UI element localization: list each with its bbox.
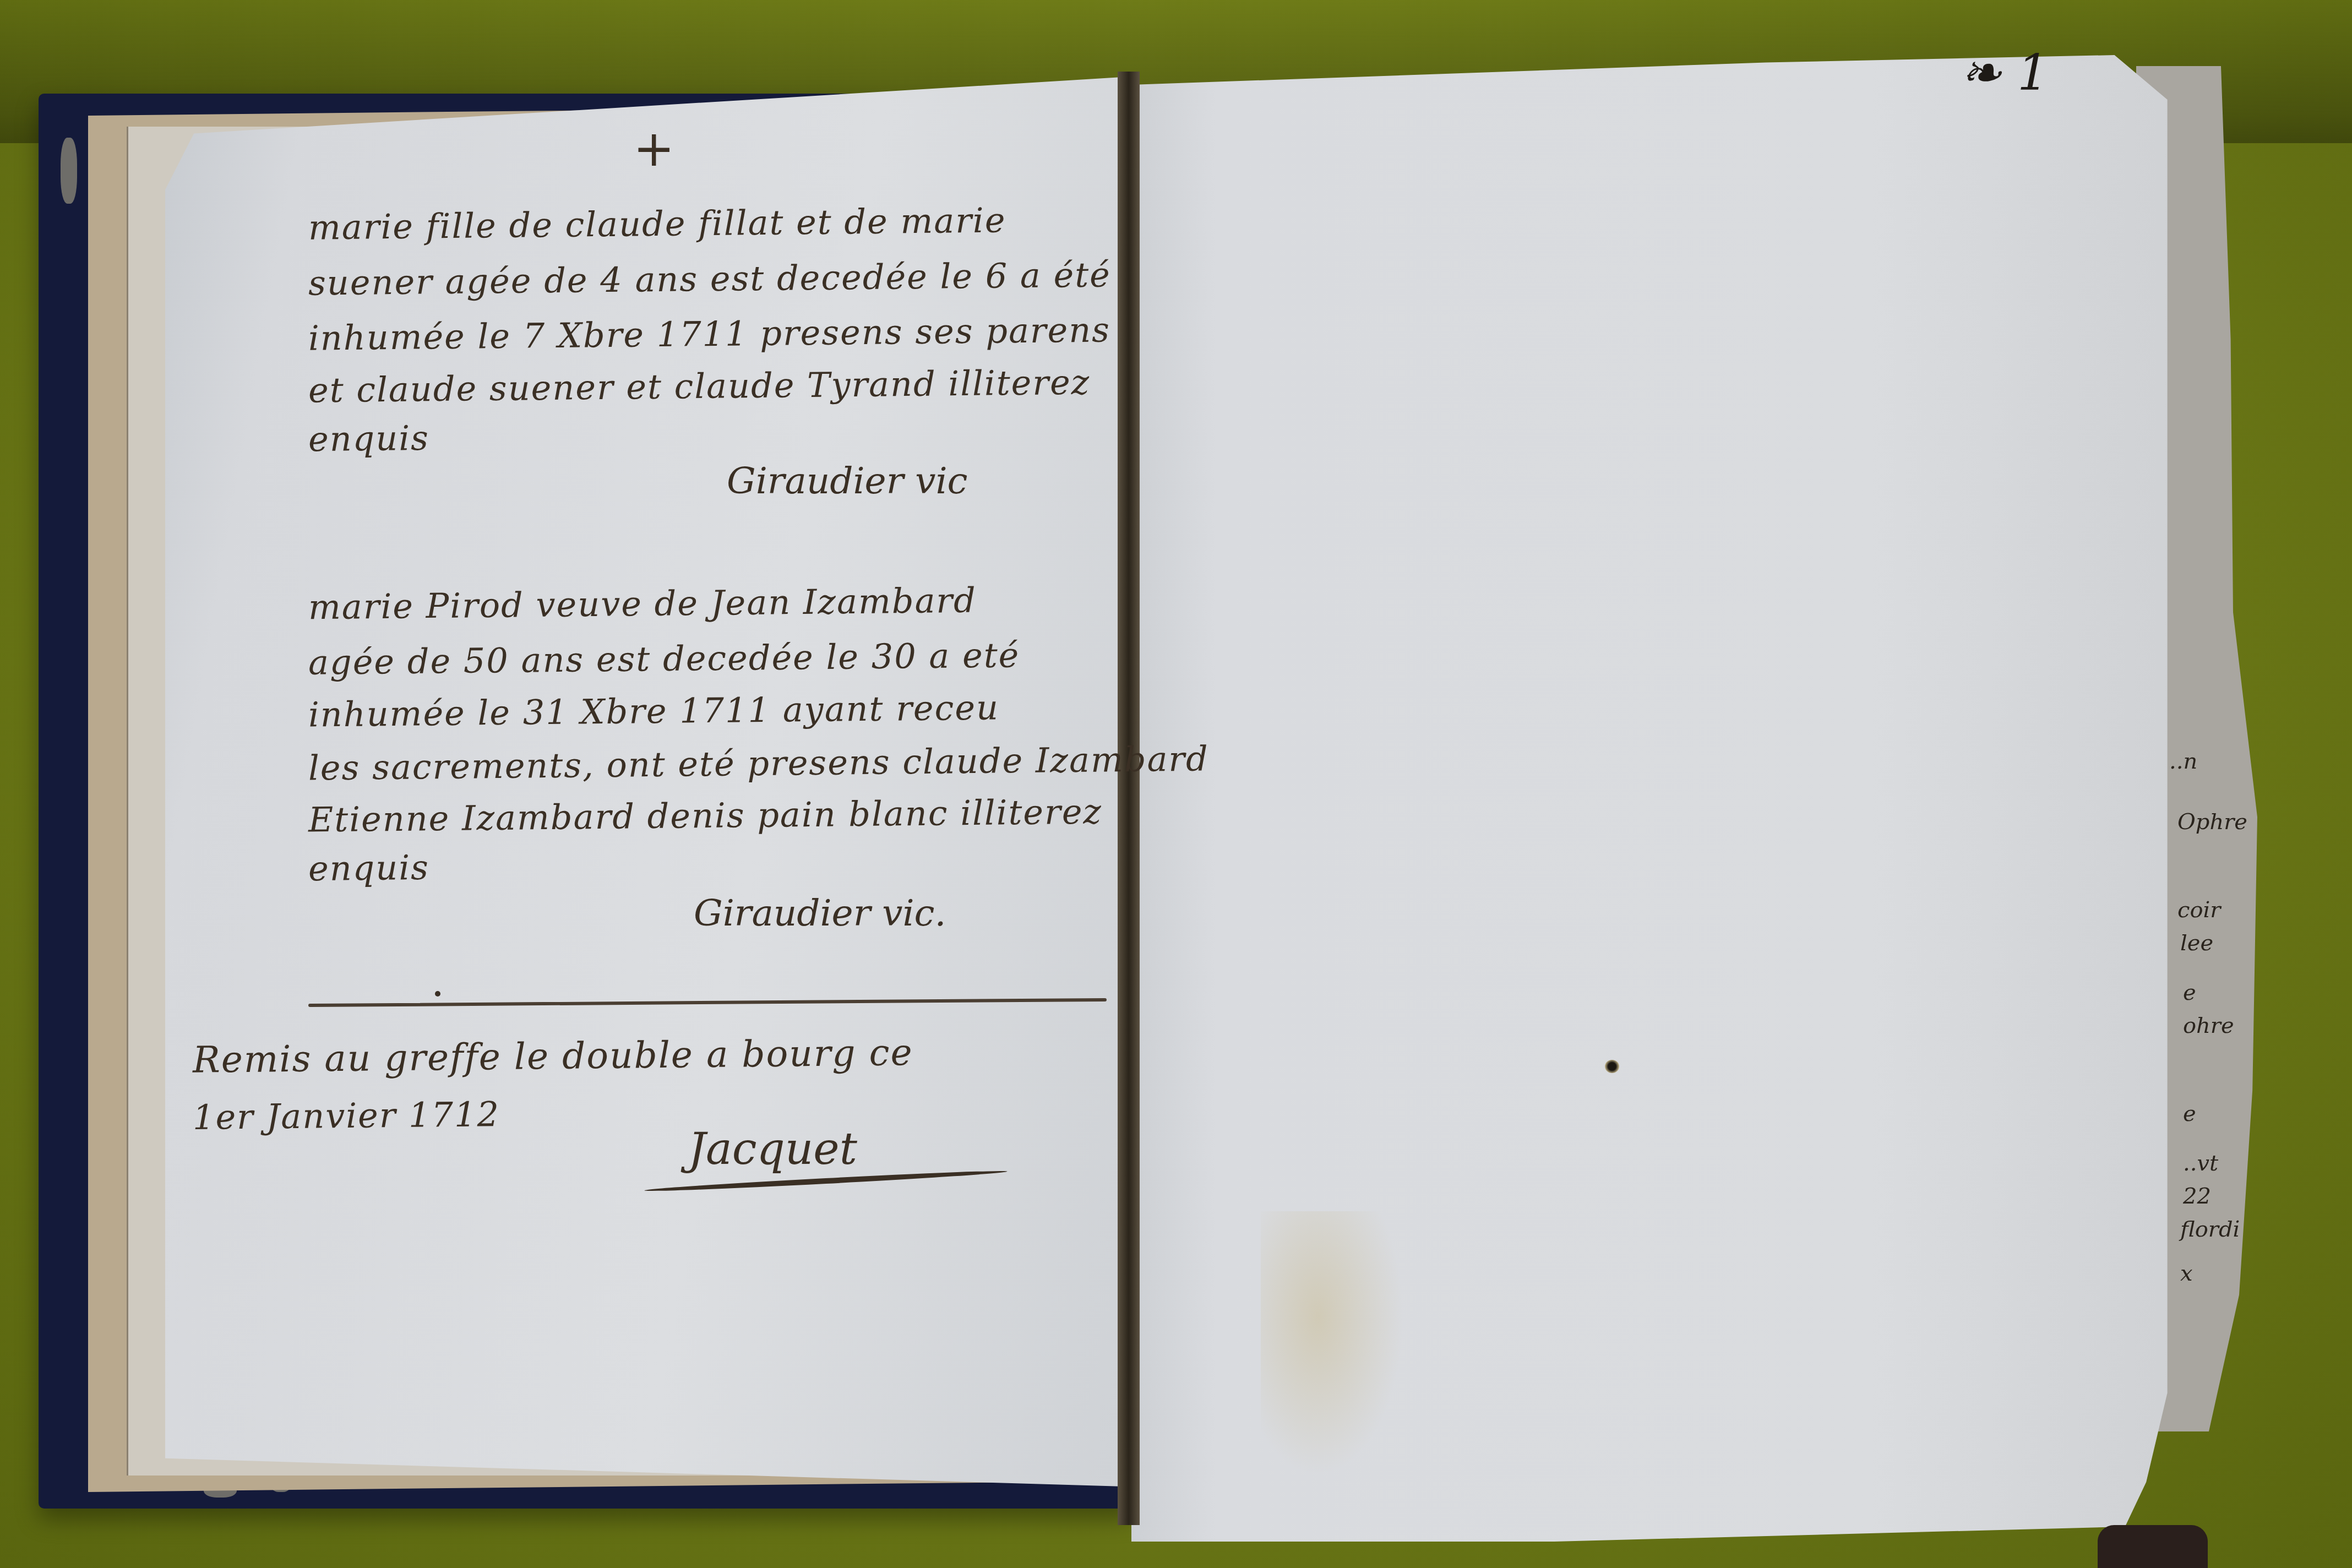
entry-2-line: Etienne Izambard denis pain blanc illite… [308, 791, 1103, 840]
folio-number: ❧ 1 [1960, 44, 2049, 102]
edge-fragment: 22 [2183, 1184, 2211, 1209]
entry-1-line: inhumée le 7 Xbre 1711 presens ses paren… [308, 309, 1111, 358]
folio-number-text: 1 [2017, 44, 2049, 102]
entry-1-line: marie fille de claude fillat et de marie [308, 200, 1006, 247]
edge-fragment: Ophre [2177, 809, 2247, 835]
water-stain [1261, 1211, 1404, 1476]
closing-note-line: 1er Janvier 1712 [193, 1094, 500, 1137]
entry-1-line: enquis [308, 418, 430, 459]
entry-2-line: marie Pirod veuve de Jean Izambard [308, 580, 977, 628]
closing-note-line: Remis au greffe le double a bourg ce [193, 1031, 913, 1081]
edge-fragment: ..n [2169, 749, 2197, 774]
entry-2-signature: Giraudier vic. [694, 892, 946, 934]
paraph-icon: ❧ [1960, 44, 2001, 102]
entry-2-line: agée de 50 ans est decedée le 30 a eté [308, 635, 1020, 683]
edge-fragment: coir [2177, 897, 2220, 923]
worm-hole [1605, 1060, 1619, 1073]
object-at-edge [2098, 1525, 2208, 1568]
edge-fragment: e [2183, 1101, 2196, 1126]
cross-mark: + [633, 120, 674, 178]
entry-2-line: inhumée le 31 Xbre 1711 ayant receu [308, 687, 1000, 734]
book-gutter [1118, 72, 1140, 1525]
entry-1-signature: Giraudier vic [727, 460, 968, 502]
binding-wear [61, 138, 77, 204]
edge-fragment: e [2183, 980, 2196, 1005]
entry-1-line: suener agée de 4 ans est decedée le 6 a … [308, 254, 1112, 303]
entry-1-line: et claude suener et claude Tyrand illite… [308, 362, 1091, 411]
edge-fragment: flordi [2180, 1217, 2240, 1242]
edge-fragment: lee [2180, 930, 2213, 956]
edge-fragment: x [2180, 1261, 2193, 1286]
edge-fragment: ..vt [2183, 1151, 2218, 1176]
edge-fragment: ohre [2183, 1013, 2234, 1038]
registrar-signature: Jacquet [688, 1123, 857, 1174]
entry-2-line: enquis [308, 847, 430, 889]
ink-dot [435, 991, 440, 997]
